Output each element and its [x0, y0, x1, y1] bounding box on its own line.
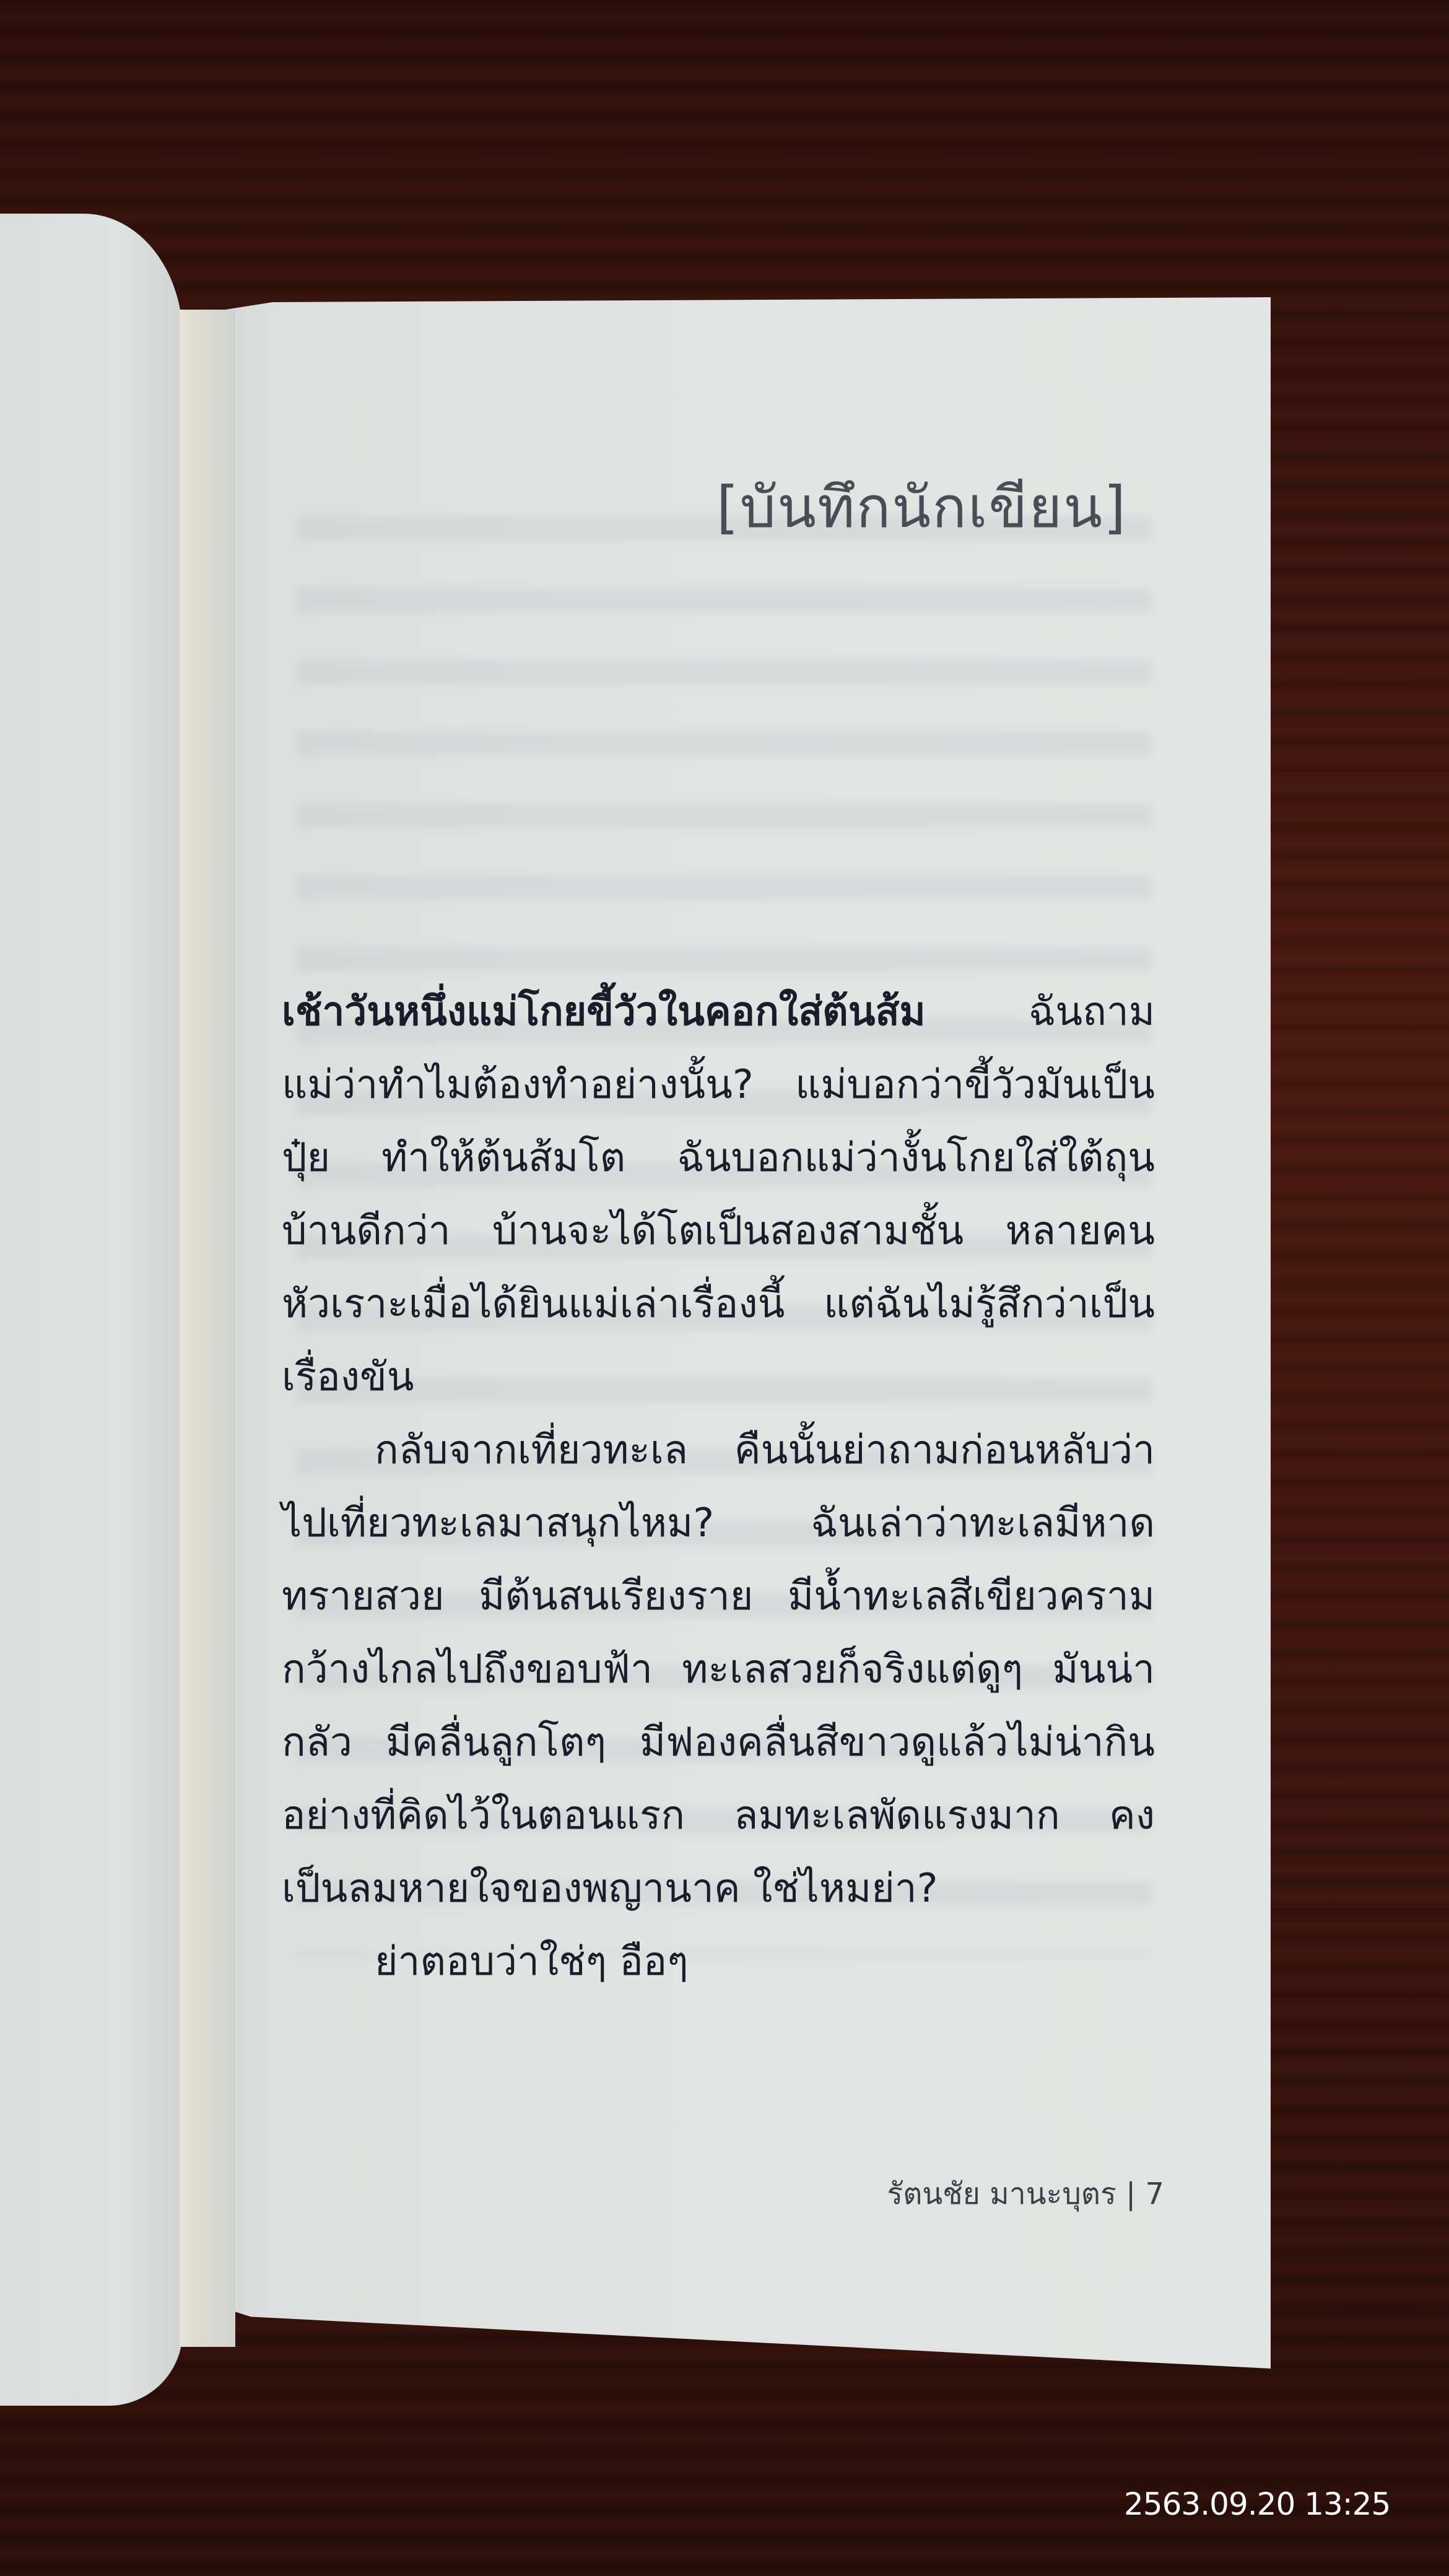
- footer-separator: |: [1126, 2177, 1136, 2211]
- text-line: กว้างไกลไปถึงขอบฟ้า ทะเลสวยก็จริงแต่ดูๆ …: [282, 1633, 1155, 1706]
- bold-lead: เช้าวันหนึ่งแม่โกยขี้วัวในคอกใส่ต้นส้ม: [282, 989, 926, 1035]
- text-line: กลับจากเที่ยวทะเล คืนนั้นย่าถามก่อนหลับว…: [282, 1414, 1155, 1487]
- left-page-edge: [0, 214, 183, 2406]
- text-line: บ้านดีกว่า บ้านจะได้โตเป็นสองสามชั้น หลา…: [282, 1194, 1155, 1268]
- footer-author: รัตนชัย มานะบุตร: [887, 2177, 1116, 2211]
- page-number: 7: [1145, 2177, 1164, 2211]
- camera-timestamp: 2563.09.20 13:25: [1124, 2486, 1390, 2522]
- book-gutter: [180, 310, 235, 2347]
- text-line: กลัว มีคลื่นลูกโตๆ มีฟองคลื่นสีขาวดูแล้ว…: [282, 1706, 1155, 1779]
- page-footer: รัตนชัย มานะบุตร | 7: [805, 2170, 1164, 2217]
- text-line: ทรายสวย มีต้นสนเรียงราย มีน้ำทะเลสีเขียว…: [282, 1560, 1155, 1633]
- body-text: เช้าวันหนึ่งแม่โกยขี้วัวในคอกใส่ต้นส้ม ฉ…: [282, 975, 1155, 1998]
- text-line: ไปเที่ยวทะเลมาสนุกไหม? ฉันเล่าว่าทะเลมีห…: [282, 1487, 1155, 1560]
- text-line: เรื่องขัน: [282, 1341, 1155, 1414]
- text-line: ย่าตอบว่าใช่ๆ อือๆ: [282, 1925, 1155, 1998]
- text-line: แม่ว่าทำไมต้องทำอย่างนั้น? แม่บอกว่าขี้ว…: [282, 1048, 1155, 1121]
- text-line: หัวเราะเมื่อได้ยินแม่เล่าเรื่องนี้ แต่ฉั…: [282, 1268, 1155, 1341]
- text-line: เช้าวันหนึ่งแม่โกยขี้วัวในคอกใส่ต้นส้ม ฉ…: [282, 975, 1155, 1048]
- text-line: เป็นลมหายใจของพญานาค ใช่ไหมย่า?: [282, 1852, 1155, 1925]
- text-line: อย่างที่คิดไว้ในตอนแรก ลมทะเลพัดแรงมาก ค…: [282, 1779, 1155, 1852]
- section-title: [บันทึกนักเขียน]: [656, 461, 1127, 552]
- text-line: ปุ๋ย ทำให้ต้นส้มโต ฉันบอกแม่ว่างั้นโกยใส…: [282, 1121, 1155, 1194]
